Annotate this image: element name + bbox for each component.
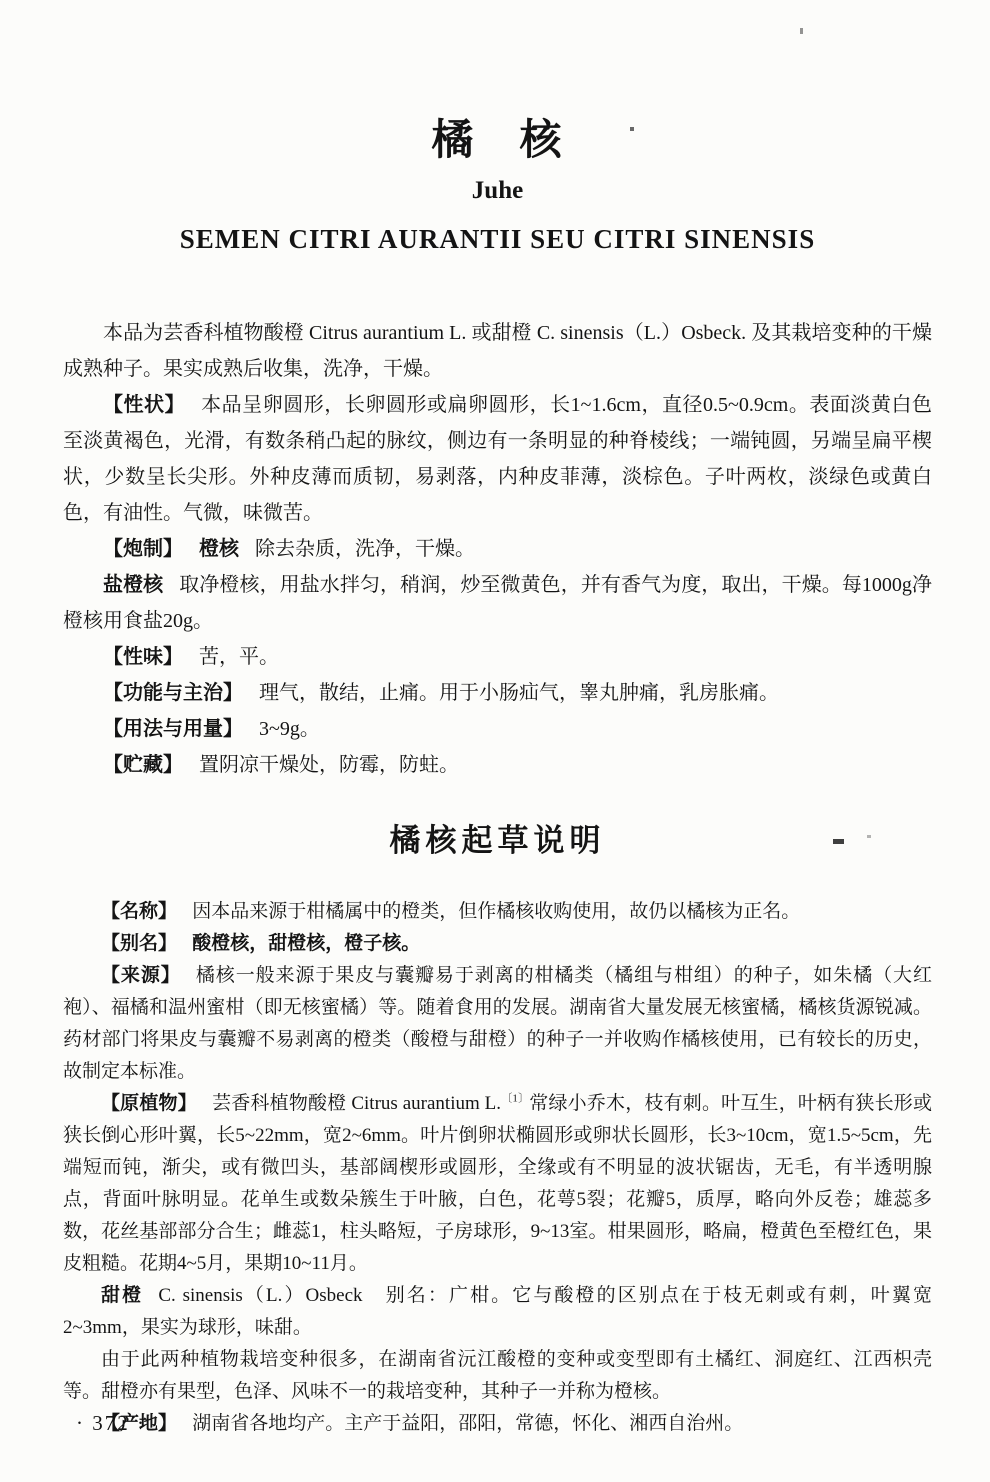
scan-artifact: [867, 835, 871, 838]
paragraph-tiancheng: 甜橙C. sinensis（L.）Osbeck 别名：广柑。它与酸橙的区别点在于…: [63, 1280, 932, 1344]
section-text: 除去杂质，洗净，干燥。: [255, 538, 475, 560]
section-text: C. sinensis（L.）Osbeck 别名：广柑。它与酸橙的区别点在于枝无…: [63, 1285, 932, 1338]
section-label: 【贮藏】: [103, 754, 183, 776]
section-label: 【来源】: [101, 965, 181, 986]
paragraph-yanchenghe: 盐橙核取净橙核，用盐水拌匀，稍润，炒至微黄色，并有香气为度，取出，干燥。每100…: [63, 567, 932, 639]
paragraph-gongneng: 【功能与主治】理气，散结，止痛。用于小肠疝气，睾丸肿痛，乳房胀痛。: [63, 675, 932, 711]
scan-artifact: [630, 127, 634, 131]
section-label: 【别名】: [101, 933, 177, 954]
sub-item-name: 盐橙核: [103, 574, 163, 596]
section-text: 苦，平。: [199, 646, 279, 668]
intro-text: 本品为芸香科植物酸橙 Citrus aurantium L. 或甜橙 C. si…: [63, 322, 932, 380]
paragraph-bieming: 【别名】酸橙核，甜橙核，橙子核。: [63, 928, 932, 960]
sub-item-name: 橙核: [199, 538, 239, 560]
intro-paragraph: 本品为芸香科植物酸橙 Citrus aurantium L. 或甜橙 C. si…: [63, 315, 932, 387]
explanation-heading: 橘核起草说明: [63, 815, 932, 860]
section-label: 【性状】: [103, 394, 185, 416]
paragraph-zhucang: 【贮藏】置阴凉干燥处，防霉，防蛀。: [63, 747, 932, 783]
section-label: 【炮制】: [103, 538, 183, 560]
section-text: 置阴凉干燥处，防霉，防蛀。: [199, 754, 459, 776]
section-text: 橘核一般来源于果皮与囊瓣易于剥离的柑橘类（橘组与柑组）的种子，如朱橘（大红袍）、…: [63, 965, 932, 1082]
section-label: 【功能与主治】: [103, 682, 243, 704]
scan-artifact: [833, 839, 844, 844]
document-page: 橘 核 Juhe SEMEN CITRI AURANTII SEU CITRI …: [0, 0, 990, 1482]
title-pinyin: Juhe: [63, 177, 932, 205]
section-text: 理气，散结，止痛。用于小肠疝气，睾丸肿痛，乳房胀痛。: [259, 682, 779, 704]
paragraph-paozhi: 【炮制】橙核除去杂质，洗净，干燥。: [63, 531, 932, 567]
section-label: 【原植物】: [101, 1093, 197, 1114]
paragraph-chandi: 【产地】湖南省各地均产。主产于益阳，邵阳，常德，怀化、湘西自治州。: [63, 1408, 932, 1440]
footnote-reference: 〔1〕: [501, 1093, 529, 1105]
page-number: · 372 ·: [76, 1411, 146, 1436]
section-text: 芸香科植物酸橙 Citrus aurantium L.: [212, 1093, 501, 1114]
title-chinese: 橘 核: [63, 118, 932, 164]
section-label: 【用法与用量】: [103, 718, 243, 740]
paragraph-yongfa: 【用法与用量】3~9g。: [63, 711, 932, 747]
section-text: 常绿小乔木，枝有刺。叶互生，叶柄有狭长形或狭长倒心形叶翼，长5~22mm，宽2~…: [63, 1093, 932, 1274]
paragraph-xingwei: 【性味】苦，平。: [63, 639, 932, 675]
section-text: 酸橙核，甜橙核，橙子核。: [192, 933, 420, 954]
section-text: 由于此两种植物栽培变种很多，在湖南省沅江酸橙的变种或变型即有土橘红、洞庭红、江西…: [63, 1349, 932, 1402]
explanation-body: 【名称】因本品来源于柑橘属中的橙类，但作橘核收购使用，故仍以橘核为正名。 【别名…: [63, 896, 932, 1440]
paragraph-youyu: 由于此两种植物栽培变种很多，在湖南省沅江酸橙的变种或变型即有土橘红、洞庭红、江西…: [63, 1344, 932, 1408]
scan-artifact: [800, 28, 803, 34]
paragraph-xingzhuang: 【性状】本品呈卵圆形，长卵圆形或扁卵圆形，长1~1.6cm，直径0.5~0.9c…: [63, 387, 932, 531]
sub-item-name: 甜橙: [101, 1285, 143, 1306]
section-label: 【名称】: [101, 901, 177, 922]
monograph-body: 本品为芸香科植物酸橙 Citrus aurantium L. 或甜橙 C. si…: [63, 315, 932, 783]
paragraph-mingcheng: 【名称】因本品来源于柑橘属中的橙类，但作橘核收购使用，故仍以橘核为正名。: [63, 896, 932, 928]
section-text: 3~9g。: [259, 718, 320, 740]
paragraph-yuanzhiwu: 【原植物】芸香科植物酸橙 Citrus aurantium L.〔1〕常绿小乔木…: [63, 1088, 932, 1280]
title-latin: SEMEN CITRI AURANTII SEU CITRI SINENSIS: [63, 224, 932, 255]
section-text: 因本品来源于柑橘属中的橙类，但作橘核收购使用，故仍以橘核为正名。: [192, 901, 800, 922]
section-label: 【性味】: [103, 646, 183, 668]
section-text: 取净橙核，用盐水拌匀，稍润，炒至微黄色，并有香气为度，取出，干燥。每1000g净…: [63, 574, 932, 632]
paragraph-laiyuan: 【来源】橘核一般来源于果皮与囊瓣易于剥离的柑橘类（橘组与柑组）的种子，如朱橘（大…: [63, 960, 932, 1088]
section-text: 湖南省各地均产。主产于益阳，邵阳，常德，怀化、湘西自治州。: [192, 1413, 743, 1434]
section-text: 本品呈卵圆形，长卵圆形或扁卵圆形，长1~1.6cm，直径0.5~0.9cm。表面…: [63, 394, 932, 524]
